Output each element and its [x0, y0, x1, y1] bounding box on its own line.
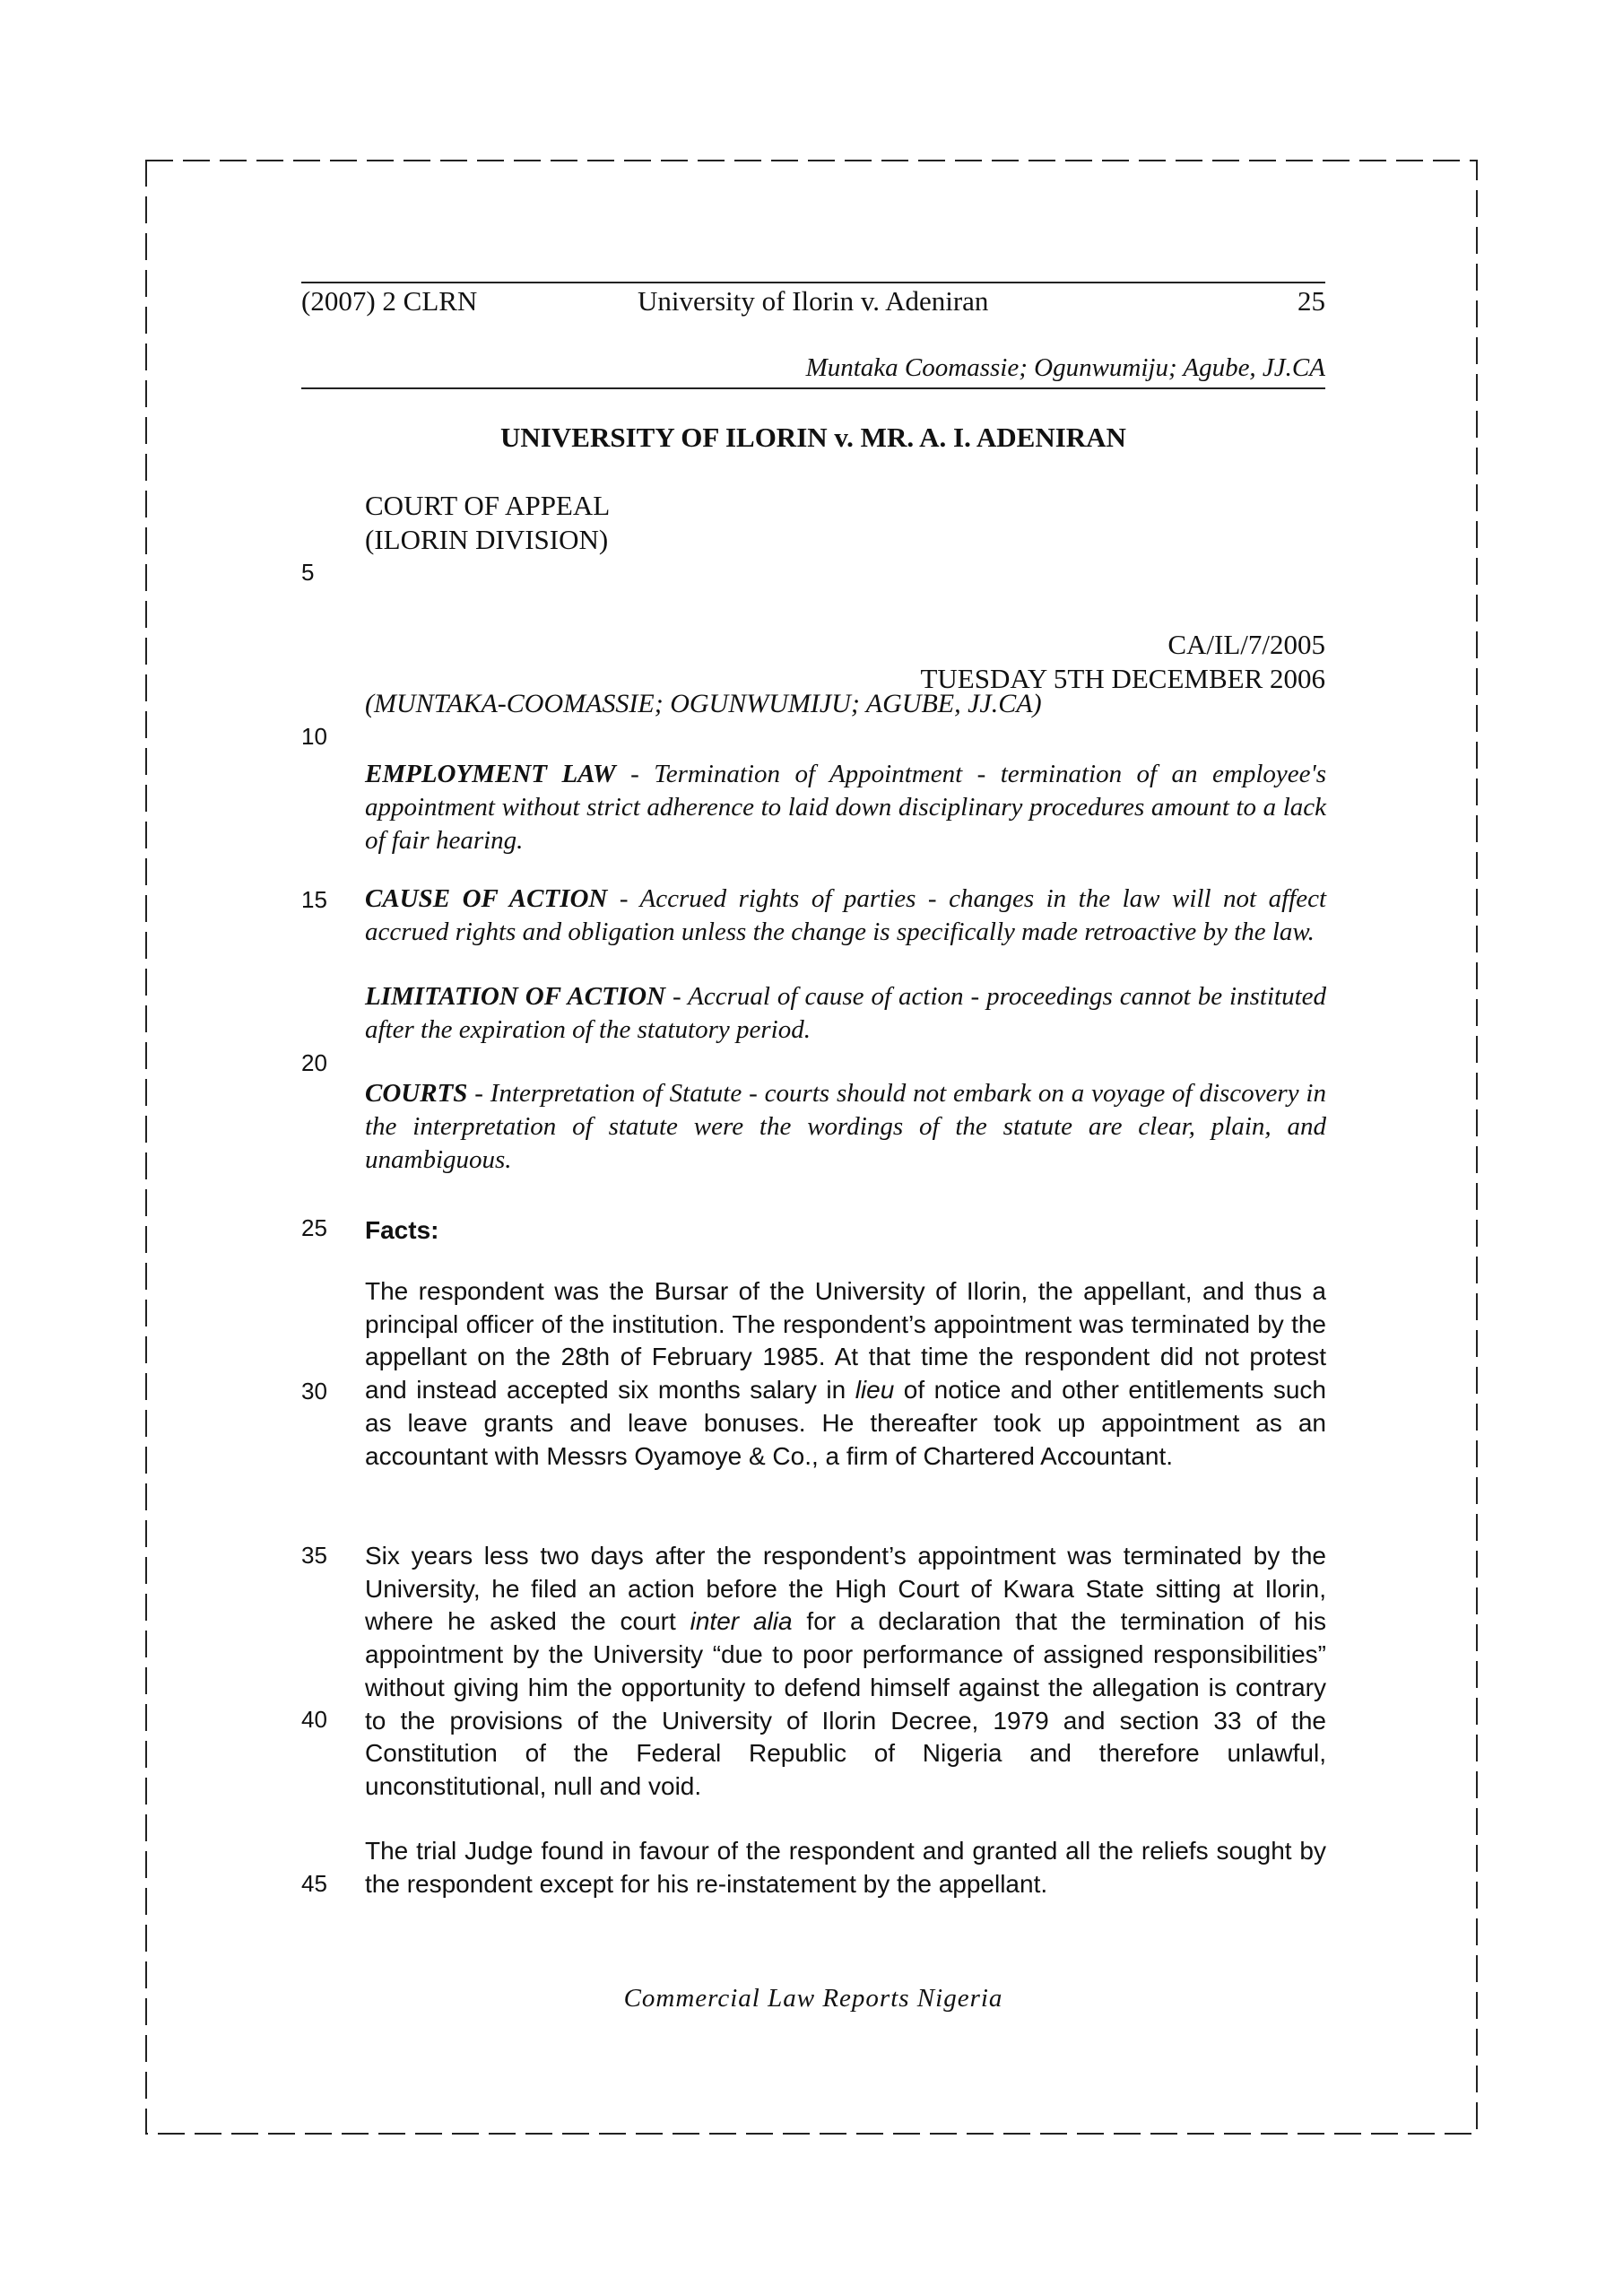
case-short-title: University of Ilorin v. Adeniran: [638, 285, 988, 317]
holding-subject: LIMITATION OF ACTION: [365, 982, 665, 1011]
citation: (2007) 2 CLRN: [301, 285, 477, 317]
coram: (MUNTAKA-COOMASSIE; OGUNWUMIJU; AGUBE, J…: [365, 689, 1042, 719]
page-number: 25: [1298, 285, 1325, 317]
court-block: COURT OF APPEAL (ILORIN DIVISION): [365, 489, 610, 557]
line-number: 35: [301, 1542, 337, 1570]
court-name: COURT OF APPEAL: [365, 489, 610, 523]
facts-paragraph: The respondent was the Bursar of the Uni…: [365, 1275, 1326, 1473]
court-division: (ILORIN DIVISION): [365, 523, 610, 557]
footer-publication: Commercial Law Reports Nigeria: [301, 1984, 1325, 2013]
holding-subject: CAUSE OF ACTION: [365, 884, 607, 913]
holding-subject: COURTS: [365, 1079, 467, 1108]
line-number: 5: [301, 559, 337, 587]
holding-employment-law: EMPLOYMENT LAW - Termination of Appointm…: [365, 758, 1326, 857]
holding-limitation-of-action: LIMITATION OF ACTION - Accrual of cause …: [365, 980, 1326, 1047]
line-number: 45: [301, 1870, 337, 1898]
facts-heading: Facts:: [365, 1216, 438, 1245]
facts-paragraph: Six years less two days after the respon…: [365, 1540, 1326, 1804]
holding-cause-of-action: CAUSE OF ACTION - Accrued rights of part…: [365, 883, 1326, 949]
paragraph-italic: lieu: [855, 1376, 895, 1404]
line-number: 20: [301, 1049, 337, 1077]
paragraph-italic: inter alia: [690, 1607, 793, 1635]
line-number: 25: [301, 1214, 337, 1242]
line-number: 10: [301, 723, 337, 751]
paragraph-text: for a declaration that the termination o…: [365, 1607, 1326, 1800]
holding-subject: EMPLOYMENT LAW: [365, 760, 616, 788]
facts-paragraph: The trial Judge found in favour of the r…: [365, 1835, 1326, 1900]
holding-courts: COURTS - Interpretation of Statute - cou…: [365, 1077, 1326, 1177]
suit-number: CA/IL/7/2005: [301, 628, 1325, 662]
judges-running-head: Muntaka Coomassie; Ogunwumiju; Agube, JJ…: [301, 353, 1325, 383]
paragraph-text: The trial Judge found in favour of the r…: [365, 1837, 1326, 1898]
suit-reference: CA/IL/7/2005 TUESDAY 5TH DECEMBER 2006: [301, 628, 1325, 696]
line-number: 40: [301, 1706, 337, 1734]
case-title: UNIVERSITY OF ILORIN v. MR. A. I. ADENIR…: [301, 422, 1325, 454]
line-number: 30: [301, 1378, 337, 1405]
header-bottom-rule: [301, 387, 1325, 389]
running-head: (2007) 2 CLRN University of Ilorin v. Ad…: [301, 285, 1325, 321]
header-top-rule: [301, 282, 1325, 283]
holding-text: - Interpretation of Statute - courts sho…: [365, 1079, 1326, 1174]
line-number: 15: [301, 886, 337, 914]
